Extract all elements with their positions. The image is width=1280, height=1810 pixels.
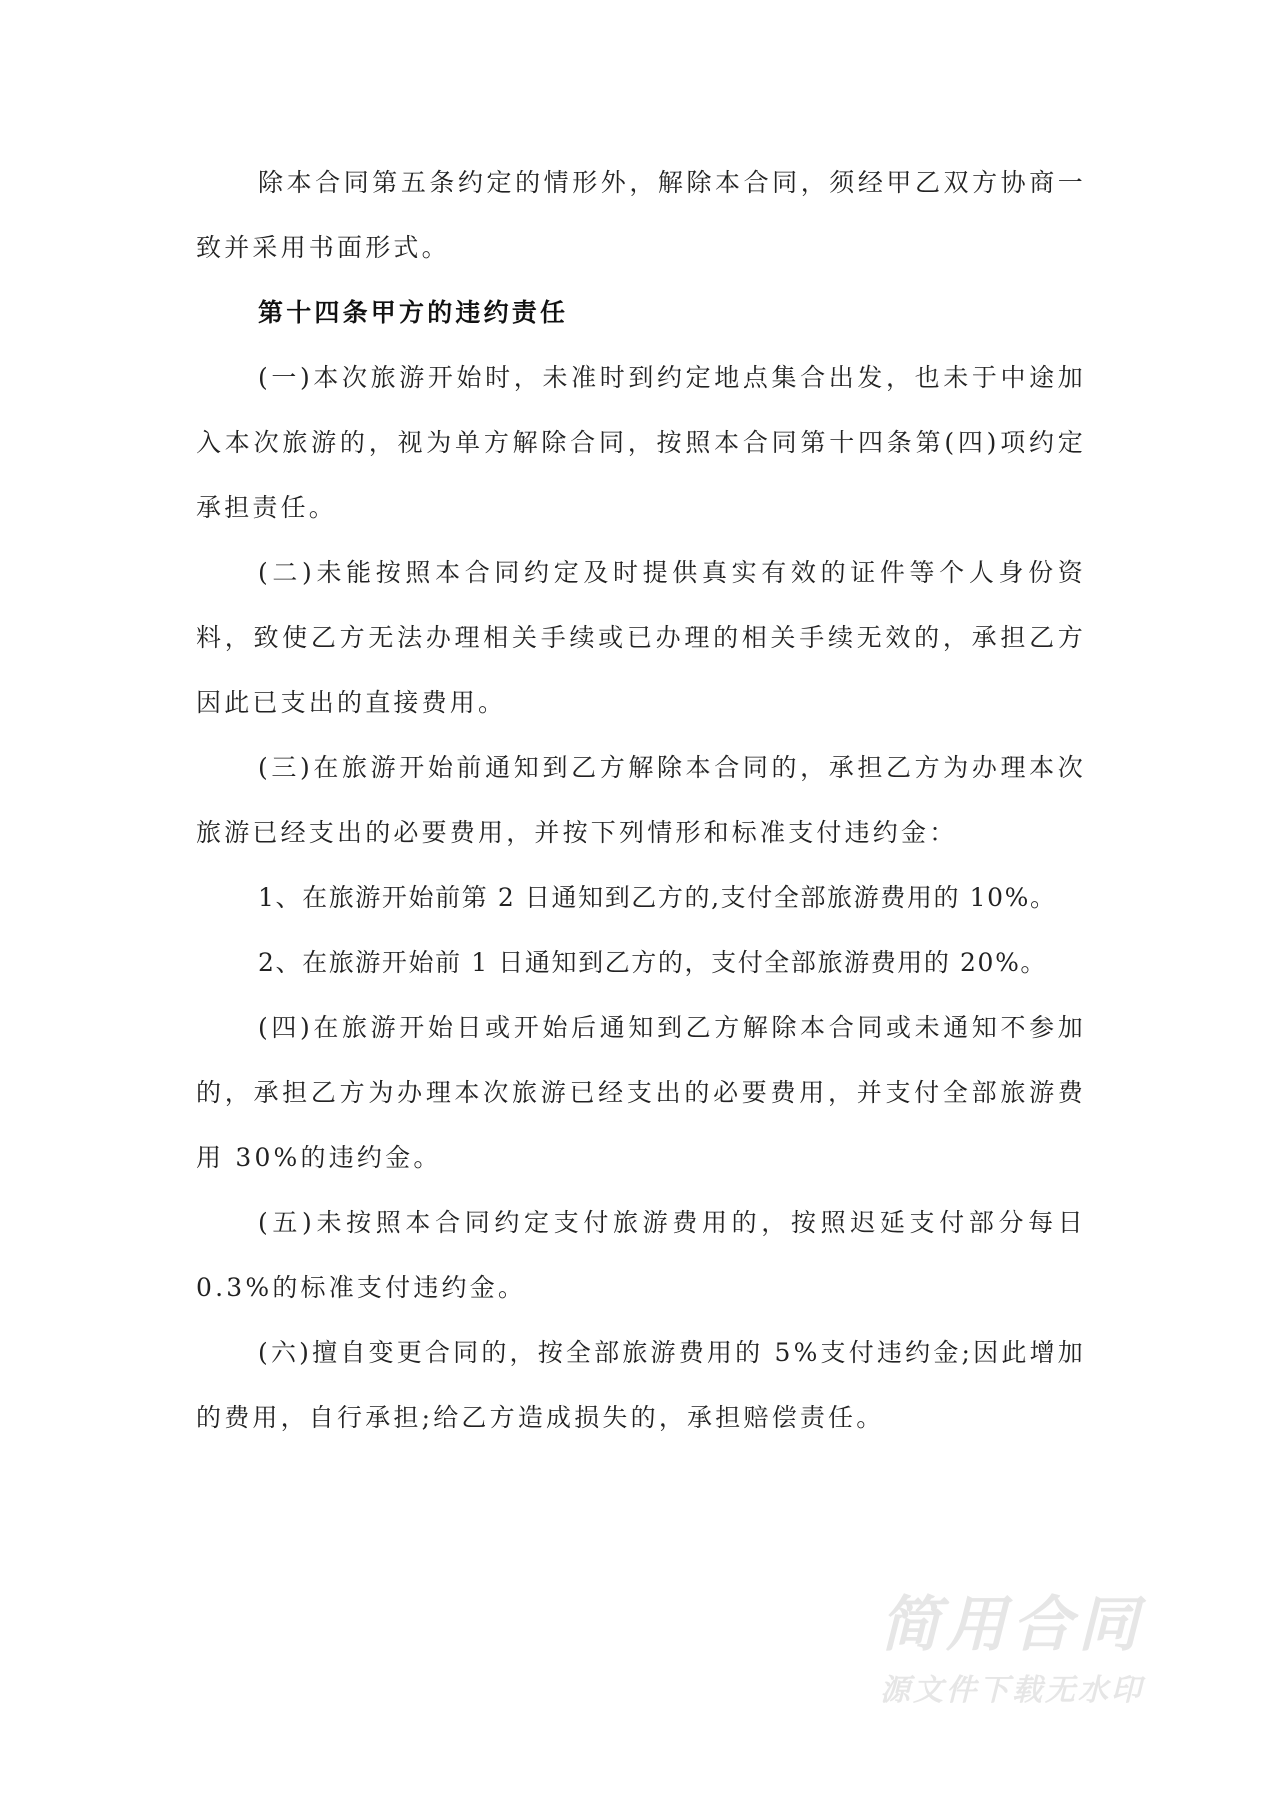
paragraph-clause-4: (四)在旅游开始日或开始后通知到乙方解除本合同或未通知不参加的，承担乙方为办理本… [196, 995, 1086, 1190]
watermark: 简用合同 源文件下载无水印 [880, 1590, 1210, 1716]
paragraph-clause-3: (三)在旅游开始前通知到乙方解除本合同的，承担乙方为办理本次旅游已经支出的必要费… [196, 735, 1086, 865]
watermark-brand: 简用合同 [880, 1590, 1210, 1660]
document-page: 除本合同第五条约定的情形外，解除本合同，须经甲乙双方协商一致并采用书面形式。 第… [196, 150, 1086, 1450]
paragraph-clause-5: (五)未按照本合同约定支付旅游费用的，按照迟延支付部分每日0.3%的标准支付违约… [196, 1190, 1086, 1320]
paragraph-clause-6: (六)擅自变更合同的，按全部旅游费用的 5%支付违约金;因此增加的费用，自行承担… [196, 1320, 1086, 1450]
paragraph-clause-1: (一)本次旅游开始时，未准时到约定地点集合出发，也未于中途加入本次旅游的，视为单… [196, 345, 1086, 540]
paragraph-termination: 除本合同第五条约定的情形外，解除本合同，须经甲乙双方协商一致并采用书面形式。 [196, 150, 1086, 280]
paragraph-clause-2: (二)未能按照本合同约定及时提供真实有效的证件等个人身份资料，致使乙方无法办理相… [196, 540, 1086, 735]
paragraph-clause-3-item-1: 1、在旅游开始前第 2 日通知到乙方的,支付全部旅游费用的 10%。 [196, 865, 1086, 930]
paragraph-clause-3-item-2: 2、在旅游开始前 1 日通知到乙方的，支付全部旅游费用的 20%。 [196, 930, 1086, 995]
watermark-tagline: 源文件下载无水印 [880, 1666, 1210, 1716]
section-heading-article-14: 第十四条甲方的违约责任 [196, 280, 1086, 345]
